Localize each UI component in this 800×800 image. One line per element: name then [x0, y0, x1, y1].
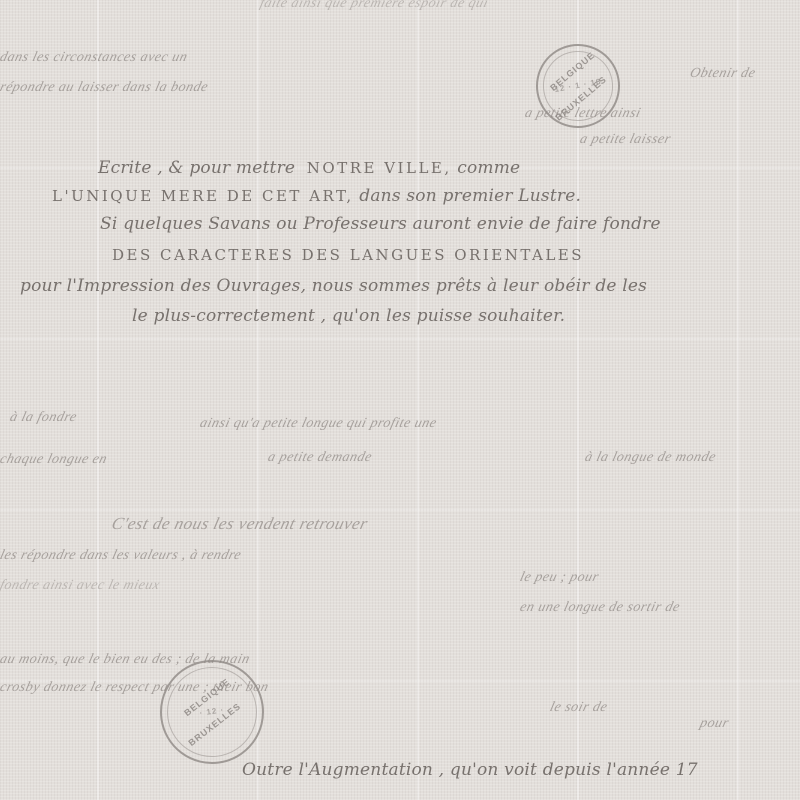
printed-line: DES CARACTERES DES LANGUES ORIENTALES: [112, 246, 584, 264]
script-line: a petite laisser: [578, 132, 672, 148]
script-line: le soir de: [548, 700, 609, 716]
script-line: à la fondre: [8, 410, 78, 426]
printed-line: Si quelques Savans ou Professeurs auront…: [100, 214, 661, 234]
script-line: les répondre dans les valeurs , à rendre: [0, 548, 243, 564]
script-line: ainsi qu'a petite longue qui profite une: [198, 416, 438, 432]
script-line: en une longue de sortir de: [518, 600, 682, 616]
script-line: a petite demande: [266, 450, 374, 466]
script-line: à la longue de monde: [583, 450, 718, 466]
script-line: fondre ainsi avec le mieux: [0, 578, 161, 594]
script-line: pour: [698, 716, 730, 732]
printed-line: L'UNIQUE MERE DE CET ART, dans son premi…: [52, 186, 581, 206]
script-line: chaque longue en: [0, 452, 109, 468]
script-line: Obtenir de: [688, 66, 757, 82]
script-line: le peu ; pour: [518, 570, 600, 586]
printed-line: pour l'Impression des Ouvrages, nous som…: [20, 276, 647, 296]
postmark-stamp: BELGIQUE · 12 · BRUXELLES: [153, 653, 270, 770]
script-line: C'est de nous les vendent retrouver: [110, 514, 370, 534]
printed-line: Ecrite , & pour mettre NOTRE VILLE, comm…: [98, 158, 520, 178]
printed-line: le plus-correctement , qu'on les puisse …: [132, 306, 565, 326]
script-line: dans les circonstances avec un: [0, 50, 189, 66]
script-line: répondre au laisser dans la bonde: [0, 80, 210, 96]
script-line: faite ainsi que première espoir de qui: [258, 0, 490, 12]
wallpaper-pattern: faite ainsi que première espoir de qui d…: [0, 0, 800, 800]
printed-line: Outre l'Augmentation , qu'on voit depuis…: [242, 760, 698, 780]
